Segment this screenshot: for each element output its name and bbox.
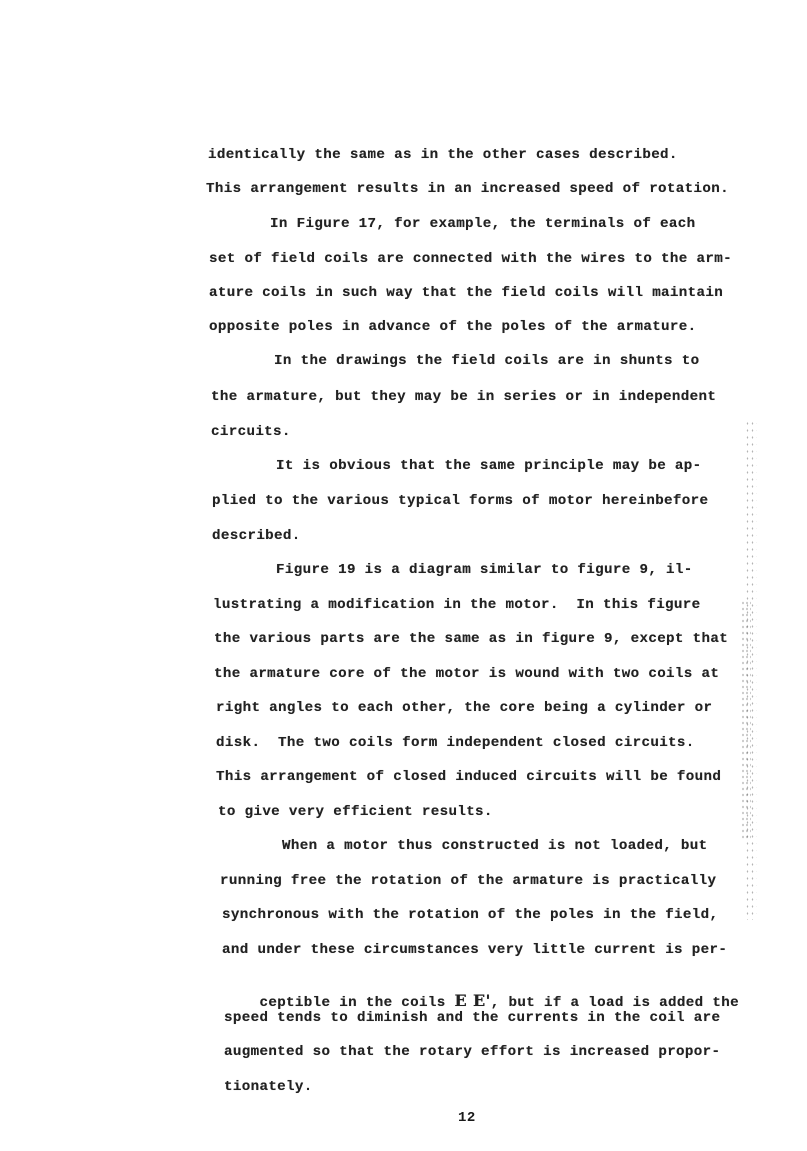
text-line: augmented so that the rotary effort is i… (224, 1043, 720, 1061)
handwritten-coil-label: E E' (455, 991, 491, 1010)
text-line: circuits. (211, 423, 291, 441)
text-line: In Figure 17, for example, the terminals… (208, 215, 696, 233)
text-line: described. (212, 527, 301, 545)
text-line: It is obvious that the same principle ma… (214, 457, 702, 475)
text-line: In the drawings the field coils are in s… (212, 352, 700, 370)
text-line: opposite poles in advance of the poles o… (209, 318, 697, 336)
text-line: This arrangement results in an increased… (206, 180, 729, 198)
text-line: plied to the various typical forms of mo… (212, 492, 708, 510)
text-line: running free the rotation of the armatur… (220, 872, 716, 890)
scan-noise (741, 600, 751, 840)
text-line: This arrangement of closed induced circu… (216, 768, 721, 786)
text-line: disk. The two coils form independent clo… (216, 734, 695, 752)
page-number: 12 (458, 1110, 476, 1126)
document-page: identically the same as in the other cas… (0, 0, 807, 1151)
text-line: tionately. (224, 1078, 313, 1096)
text-line: identically the same as in the other cas… (208, 146, 678, 164)
text-line: Figure 19 is a diagram similar to figure… (214, 561, 693, 579)
text-line: ature coils in such way that the field c… (209, 284, 723, 302)
text-line: set of field coils are connected with th… (209, 250, 732, 268)
text-line: right angles to each other, the core bei… (216, 699, 712, 717)
text-line: to give very efficient results. (218, 803, 493, 821)
text-line: the armature core of the motor is wound … (214, 665, 719, 683)
text-line: lustrating a modification in the motor. … (213, 596, 701, 614)
text-line: synchronous with the rotation of the pol… (222, 906, 718, 924)
text-line: speed tends to diminish and the currents… (224, 1009, 720, 1027)
text-line: and under these circumstances very littl… (222, 941, 727, 959)
text-line: the armature, but they may be in series … (211, 388, 716, 406)
text-line: When a motor thus constructed is not loa… (220, 837, 708, 855)
text-line: the various parts are the same as in fig… (214, 630, 728, 648)
